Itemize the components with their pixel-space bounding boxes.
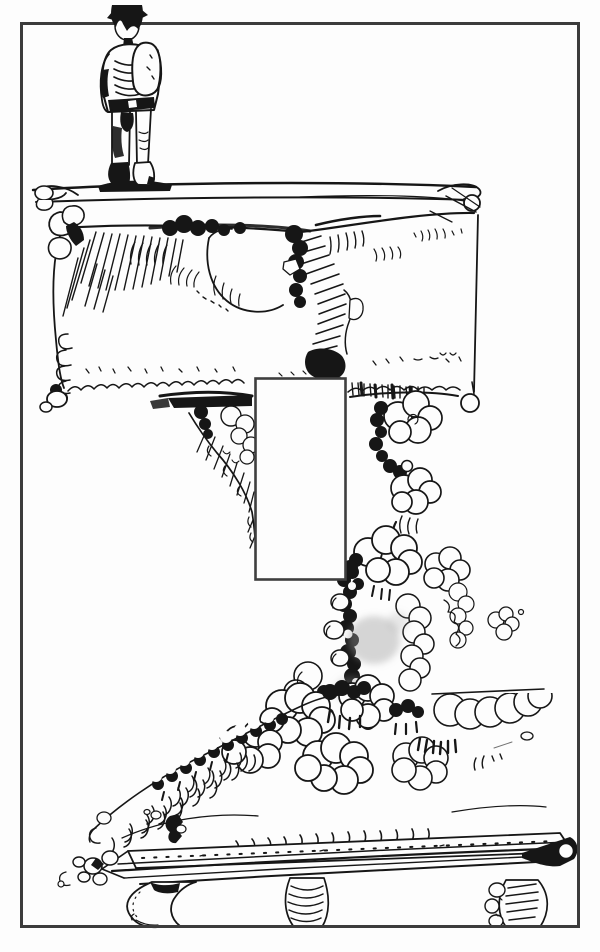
artwork (0, 0, 600, 952)
blank-box (256, 379, 346, 580)
ink-drawing-canvas (0, 0, 600, 952)
left-boot (108, 162, 130, 184)
table-leg-middle (285, 878, 328, 927)
backpack (132, 43, 161, 96)
table-leg-right (485, 880, 547, 927)
